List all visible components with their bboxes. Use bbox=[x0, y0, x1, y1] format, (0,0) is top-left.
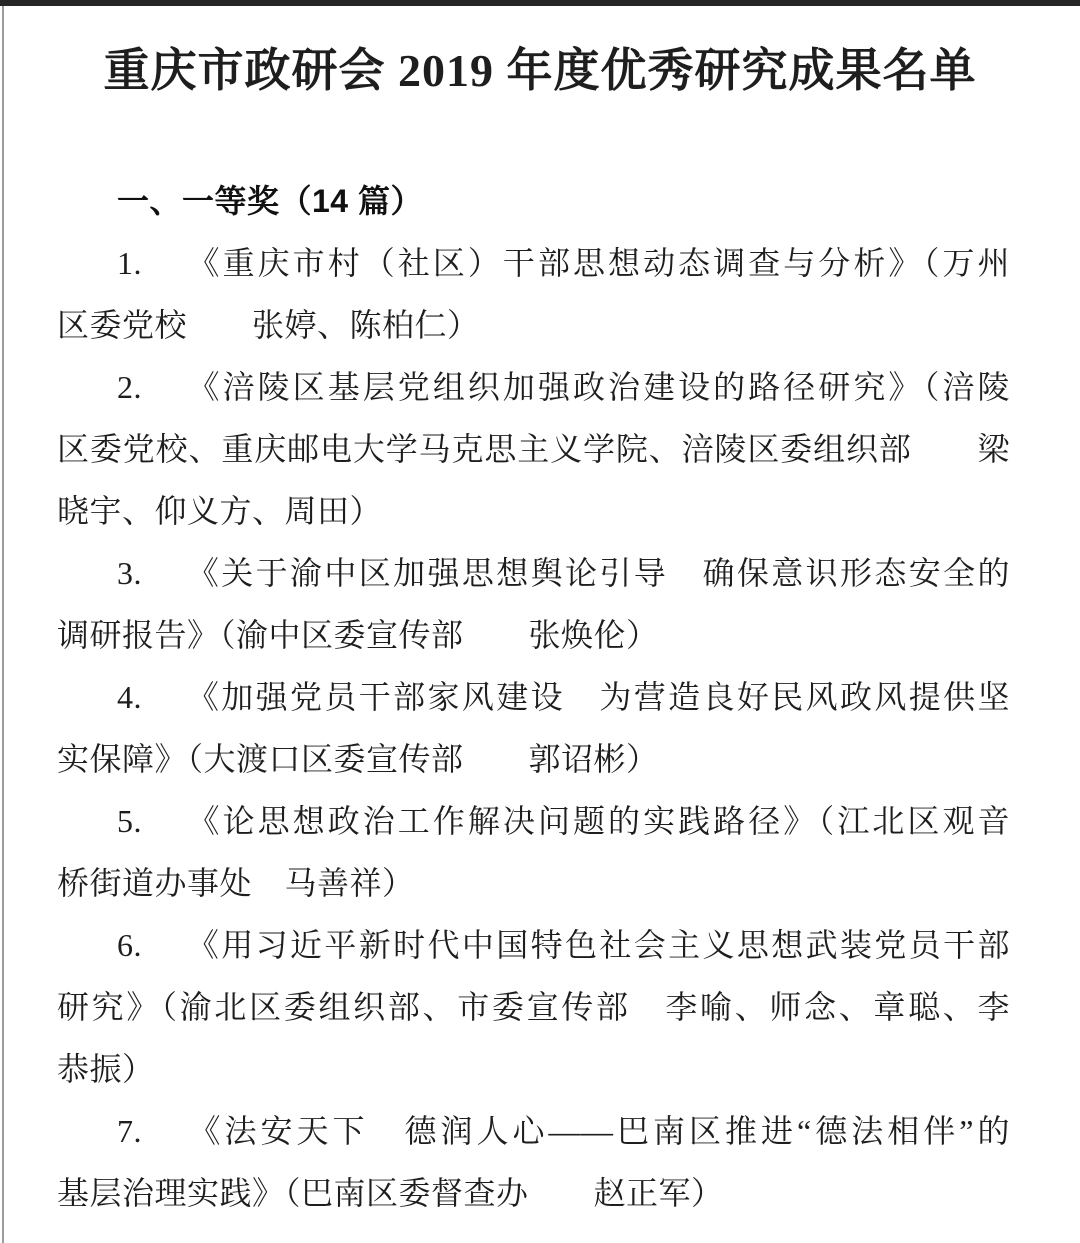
award-line: 4.《加强党员干部家风建设 为营造良好民风政风提供坚 bbox=[57, 666, 1010, 728]
award-line: 3.《关于渝中区加强思想舆论引导 确保意识形态安全的 bbox=[57, 542, 1010, 604]
award-line: 实保障》（大渡口区委宣传部 郭诏彬） bbox=[57, 728, 1010, 790]
line-text: 实保障》（大渡口区委宣传部 郭诏彬） bbox=[57, 741, 659, 777]
item-number: 1. bbox=[117, 232, 185, 294]
award-line: 1.《重庆市村（社区）干部思想动态调查与分析》（万州 bbox=[57, 232, 1010, 294]
line-text: 《用习近平新时代中国特色社会主义思想武装党员干部 bbox=[185, 927, 1010, 963]
line-text: 晓宇、仰义方、周田） bbox=[57, 493, 382, 529]
award-line: 6.《用习近平新时代中国特色社会主义思想武装党员干部 bbox=[57, 914, 1010, 976]
item-number: 5. bbox=[117, 790, 185, 852]
award-line: 恭振） bbox=[57, 1038, 1010, 1100]
award-line: 7.《法安天下 德润人心——巴南区推进“德法相伴”的 bbox=[57, 1100, 1010, 1162]
item-number: 2. bbox=[117, 356, 185, 418]
award-line: 基层治理实践》（巴南区委督查办 赵正军） bbox=[57, 1162, 1010, 1224]
line-text: 调研报告》（渝中区委宣传部 张焕伦） bbox=[57, 617, 659, 653]
document-body: 一、一等奖（14 篇） 1.《重庆市村（社区）干部思想动态调查与分析》（万州区委… bbox=[57, 170, 1010, 1224]
item-number: 3. bbox=[117, 542, 185, 604]
item-number: 4. bbox=[117, 666, 185, 728]
award-line: 区委党校、重庆邮电大学马克思主义学院、涪陵区委组织部 梁 bbox=[57, 418, 1010, 480]
item-number: 7. bbox=[117, 1100, 185, 1162]
line-text: 区委党校、重庆邮电大学马克思主义学院、涪陵区委组织部 梁 bbox=[57, 431, 1010, 467]
line-text: 《重庆市村（社区）干部思想动态调查与分析》（万州 bbox=[185, 245, 1010, 281]
document-title: 重庆市政研会 2019 年度优秀研究成果名单 bbox=[0, 34, 1080, 100]
line-text: 《加强党员干部家风建设 为营造良好民风政风提供坚 bbox=[185, 679, 1010, 715]
award-line: 区委党校 张婷、陈柏仁） bbox=[57, 294, 1010, 356]
line-text: 《法安天下 德润人心——巴南区推进“德法相伴”的 bbox=[185, 1113, 1010, 1149]
award-line: 调研报告》（渝中区委宣传部 张焕伦） bbox=[57, 604, 1010, 666]
line-text: 恭振） bbox=[57, 1051, 155, 1087]
line-text: 《关于渝中区加强思想舆论引导 确保意识形态安全的 bbox=[185, 555, 1010, 591]
line-text: 《论思想政治工作解决问题的实践路径》（江北区观音 bbox=[185, 803, 1010, 839]
line-text: 桥街道办事处 马善祥） bbox=[57, 865, 415, 901]
section-heading: 一、一等奖（14 篇） bbox=[57, 170, 1010, 232]
award-list: 1.《重庆市村（社区）干部思想动态调查与分析》（万州区委党校 张婷、陈柏仁）2.… bbox=[57, 232, 1010, 1224]
award-line: 桥街道办事处 马善祥） bbox=[57, 852, 1010, 914]
left-edge-scan-line bbox=[2, 6, 4, 1243]
line-text: 研究》（渝北区委组织部、市委宣传部 李喻、师念、章聪、李 bbox=[57, 989, 1010, 1025]
item-number: 6. bbox=[117, 914, 185, 976]
award-line: 晓宇、仰义方、周田） bbox=[57, 480, 1010, 542]
award-line: 2.《涪陵区基层党组织加强政治建设的路径研究》（涪陵 bbox=[57, 356, 1010, 418]
line-text: 区委党校 张婷、陈柏仁） bbox=[57, 307, 480, 343]
line-text: 《涪陵区基层党组织加强政治建设的路径研究》（涪陵 bbox=[185, 369, 1010, 405]
top-edge-scan-bar bbox=[0, 0, 1080, 6]
award-line: 5.《论思想政治工作解决问题的实践路径》（江北区观音 bbox=[57, 790, 1010, 852]
line-text: 基层治理实践》（巴南区委督查办 赵正军） bbox=[57, 1175, 724, 1211]
award-line: 研究》（渝北区委组织部、市委宣传部 李喻、师念、章聪、李 bbox=[57, 976, 1010, 1038]
